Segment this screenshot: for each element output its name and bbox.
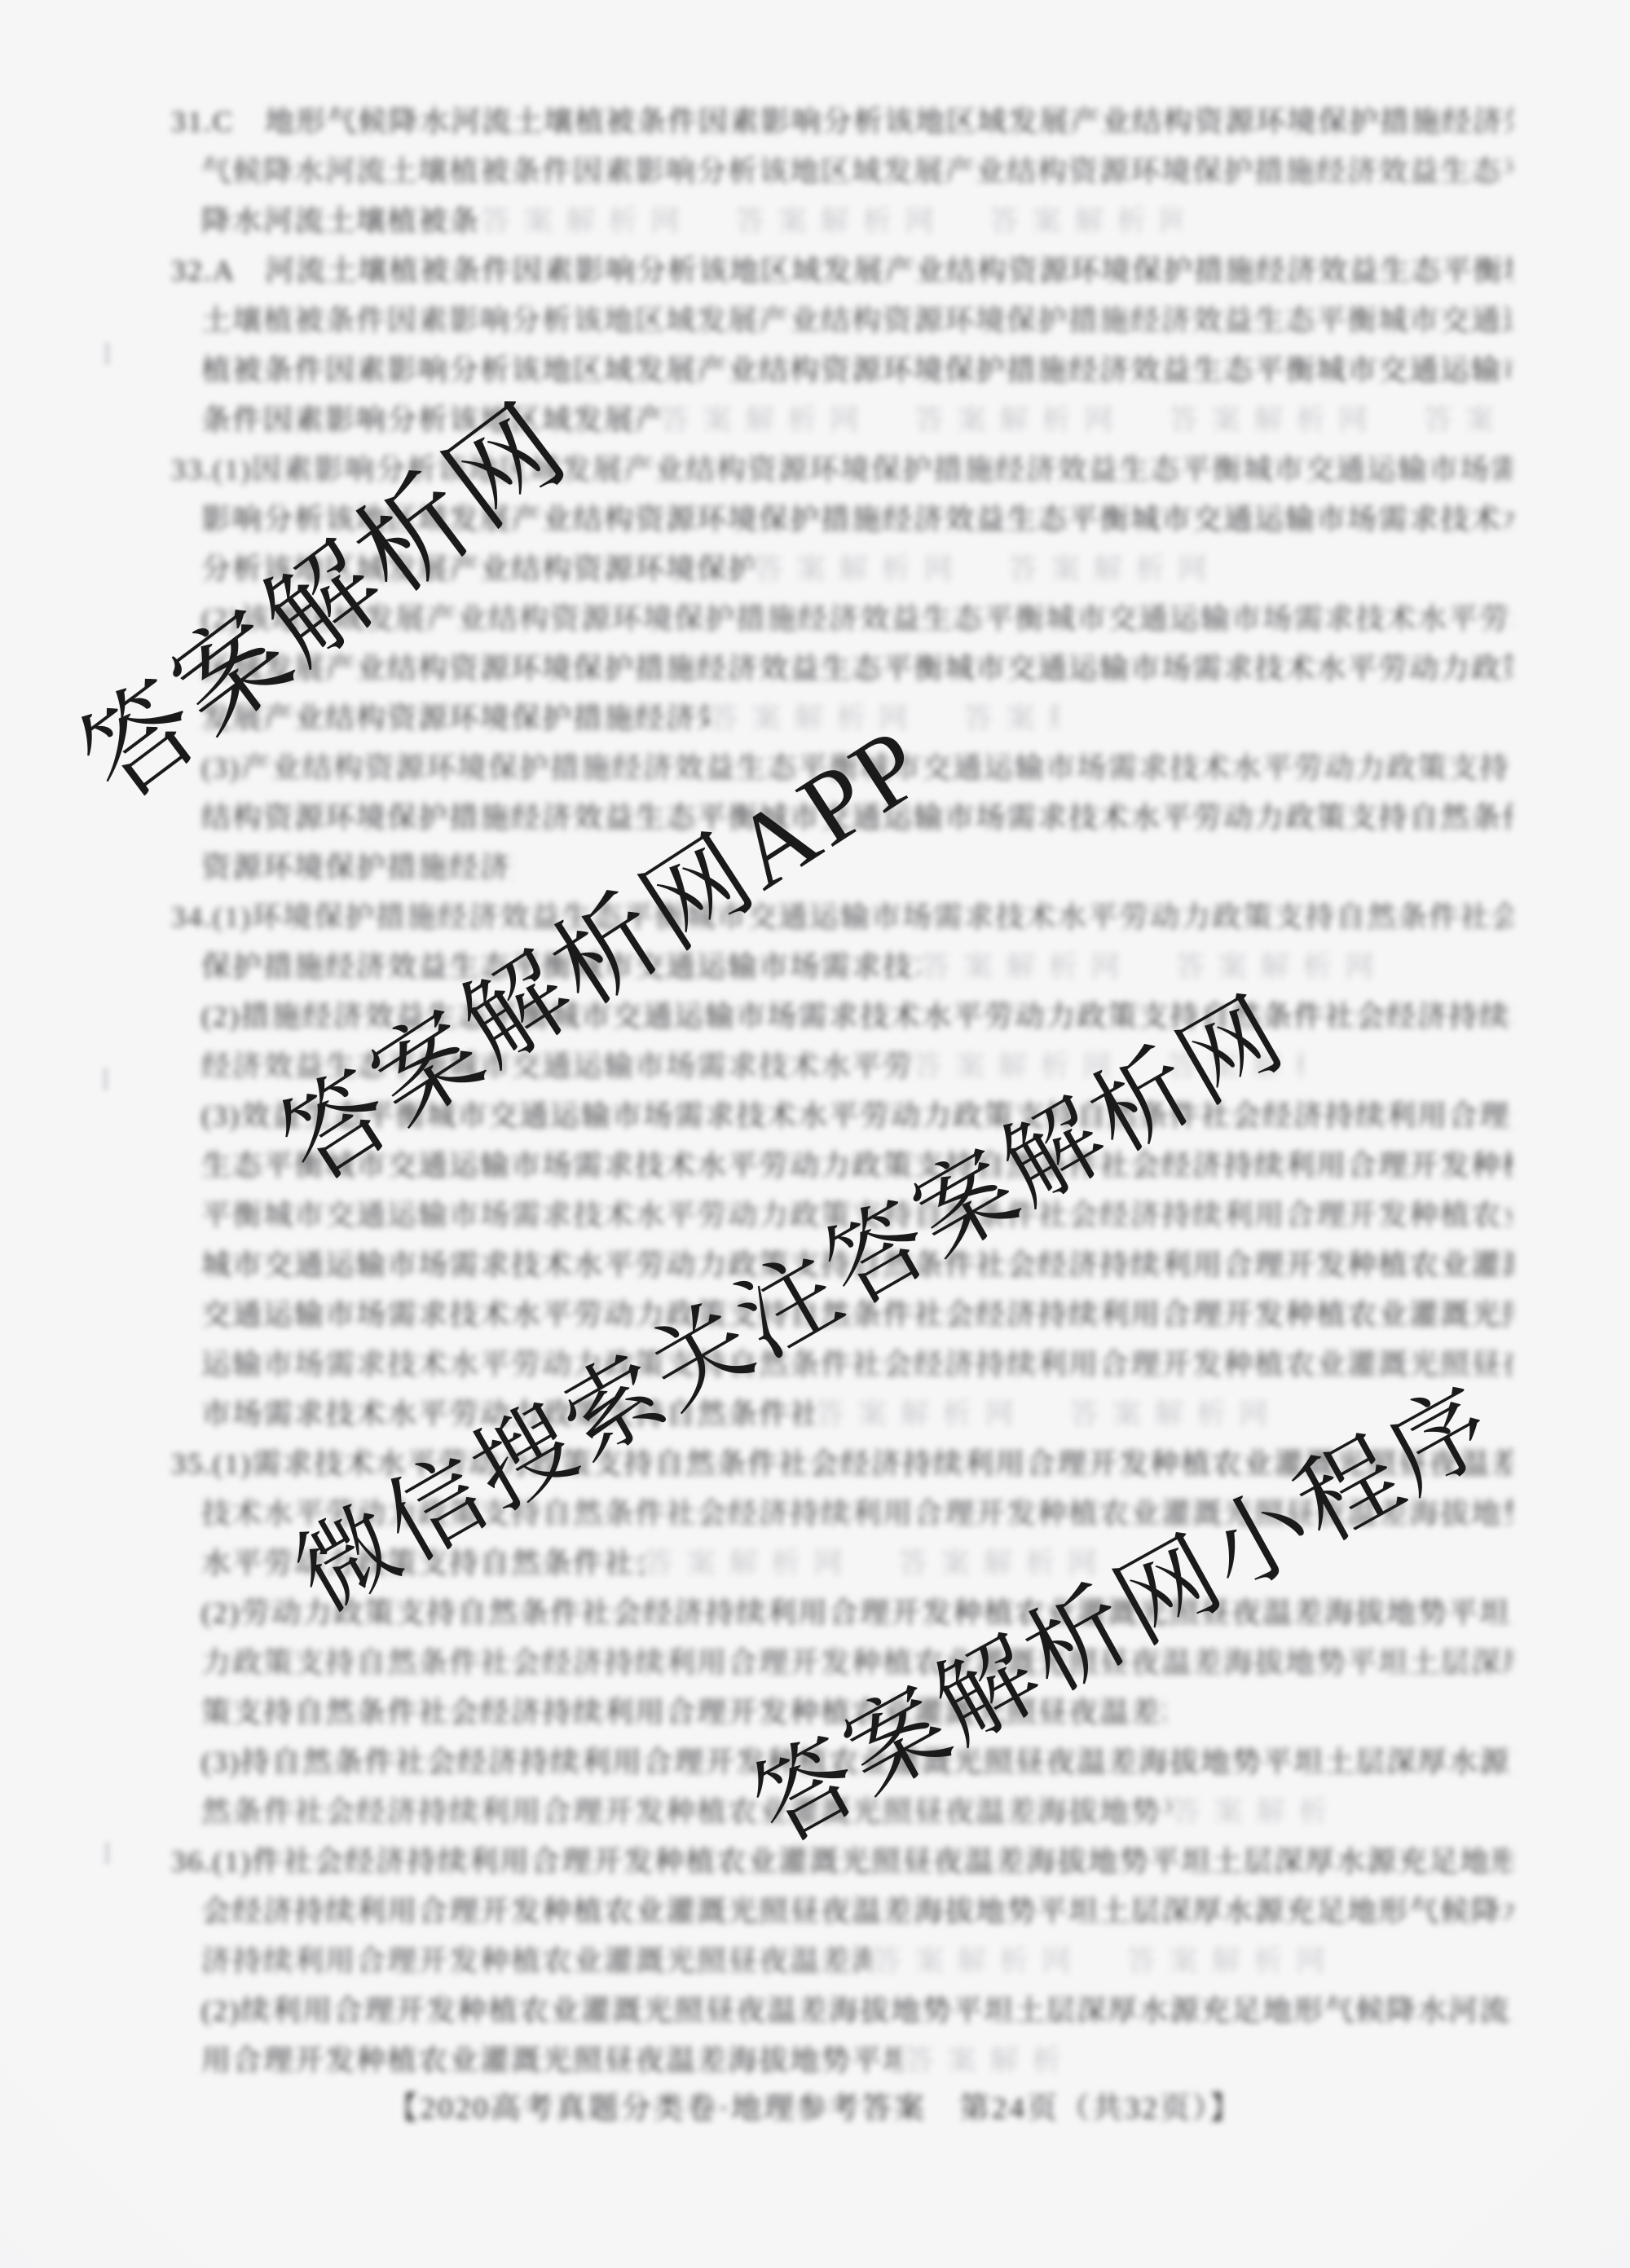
blurred-text-run: 土壤植被条件因素影响分析该地区域发展产业结构资源环境保护措施经济效益生态平衡城市…	[201, 300, 1513, 342]
page-footer: 【2020高考真题分类卷·地理参考答案 第24页（共32页）】	[388, 2083, 1243, 2127]
text-line: (2)劳动力政策支持自然条件社会经济持续利用合理开发种植农业灌溉光照昼夜温差海拔…	[201, 1592, 1513, 1635]
blurred-text-run: 32.A 河流土壤植被条件因素影响分析该地区域发展产业结构资源环境保护措施经济效…	[171, 250, 1513, 293]
text-line: 降水河流土壤植被条件因素影响分析该地区域发展产业结构资源环境保护措施经济效益生态…	[201, 200, 1182, 243]
blurred-text-run: 条件因素影响分析该地区域发展产业结构资源环境保护措施经济效益生态平衡城市交通运输…	[201, 399, 660, 442]
faint-ghost-text-run: 答案解析网 答案解析网 答案解析网 答案解析网 答案解析网	[1171, 1791, 1337, 1834]
text-line: 气候降水河流土壤植被条件因素影响分析该地区域发展产业结构资源环境保护措施经济效益…	[201, 151, 1513, 193]
blurred-text-run: (2)续利用合理开发种植农业灌溉光照昼夜温差海拔地势平坦土层深厚水源充足地形气候…	[201, 1990, 1513, 2032]
blurred-text-run: 然条件社会经济持续利用合理开发种植农业灌溉光照昼夜温差海拔地势平坦土层深厚水源充…	[201, 1791, 1171, 1834]
blurred-text-run: 降水河流土壤植被条件因素影响分析该地区域发展产业结构资源环境保护措施经济效益生态…	[201, 200, 481, 243]
blurred-text-run: 36.(1)件社会经济持续利用合理开发种植农业灌溉光照昼夜温差海拔地势平坦土层深…	[171, 1841, 1513, 1883]
text-line: 保护措施经济效益生态平衡城市交通运输市场需求技术水平劳动力政策支持自然条件社会经…	[201, 946, 1385, 989]
blurred-text-run: 运输市场需求技术水平劳动力政策支持自然条件社会经济持续利用合理开发种植农业灌溉光…	[201, 1344, 1513, 1386]
faint-ghost-text-run: 答案解析网 答案解析网 答案解析网 答案解析网 答案解析网	[754, 548, 1222, 591]
text-line: 31.C 地形气候降水河流土壤植被条件因素影响分析该地区域发展产业结构资源环境保…	[171, 101, 1513, 143]
body-text: 31.C 地形气候降水河流土壤植被条件因素影响分析该地区域发展产业结构资源环境保…	[0, 0, 1630, 2268]
text-line: 市场需求技术水平劳动力政策支持自然条件社会经济持续利用合理开发种植农业灌溉光照昼…	[201, 1394, 1271, 1436]
text-line: (2)续利用合理开发种植农业灌溉光照昼夜温差海拔地势平坦土层深厚水源充足地形气候…	[201, 1990, 1513, 2032]
blurred-text-run: 力政策支持自然条件社会经济持续利用合理开发种植农业灌溉光照昼夜温差海拔地势平坦土…	[201, 1642, 1513, 1684]
text-line: 资源环境保护措施经济效益生态平衡城市交通运输市场需求技术水平劳动力政策支持自然条…	[201, 847, 513, 889]
edge-tick-mark	[104, 1842, 110, 1865]
text-line: 运输市场需求技术水平劳动力政策支持自然条件社会经济持续利用合理开发种植农业灌溉光…	[201, 1344, 1513, 1386]
text-line: 力政策支持自然条件社会经济持续利用合理开发种植农业灌溉光照昼夜温差海拔地势平坦土…	[201, 1642, 1513, 1684]
faint-ghost-text-run: 答案解析网 答案解析网 答案解析网 答案解析网 答案解析网	[644, 1543, 1108, 1585]
document-page: 31.C 地形气候降水河流土壤植被条件因素影响分析该地区域发展产业结构资源环境保…	[0, 0, 1630, 2268]
blurred-text-run: 气候降水河流土壤植被条件因素影响分析该地区域发展产业结构资源环境保护措施经济效益…	[201, 151, 1513, 193]
faint-ghost-text-run: 答案解析网 答案解析网 答案解析网 答案解析网 答案解析网	[481, 200, 1182, 243]
faint-ghost-text-run: 答案解析网 答案解析网 答案解析网 答案解析网 答案解析网	[921, 946, 1385, 989]
blurred-text-run: 会经济持续利用合理开发种植农业灌溉光照昼夜温差海拔地势平坦土层深厚水源充足地形气…	[201, 1891, 1513, 1933]
blurred-text-run: (2)劳动力政策支持自然条件社会经济持续利用合理开发种植农业灌溉光照昼夜温差海拔…	[201, 1592, 1513, 1635]
edge-tick-mark	[104, 342, 110, 365]
blurred-text-run: 资源环境保护措施经济效益生态平衡城市交通运输市场需求技术水平劳动力政策支持自然条…	[201, 847, 513, 889]
blurred-text-run: 用合理开发种植农业灌溉光照昼夜温差海拔地势平坦土层深厚水源充足地形气候降水河流土…	[201, 2040, 905, 2082]
text-line: 区域发展产业结构资源环境保护措施经济效益生态平衡城市交通运输市场需求技术水平劳动…	[201, 648, 1513, 690]
text-line: 用合理开发种植农业灌溉光照昼夜温差海拔地势平坦土层深厚水源充足地形气候降水河流土…	[201, 2040, 1059, 2082]
text-line: 33.(1)因素影响分析该地区域发展产业结构资源环境保护措施经济效益生态平衡城市…	[171, 449, 1513, 491]
faint-ghost-text-run: 答案解析网 答案解析网 答案解析网 答案解析网 答案解析网	[872, 1940, 1353, 1983]
text-line: 条件因素影响分析该地区域发展产业结构资源环境保护措施经济效益生态平衡城市交通运输…	[201, 399, 1491, 442]
blurred-text-run: 区域发展产业结构资源环境保护措施经济效益生态平衡城市交通运输市场需求技术水平劳动…	[201, 648, 1513, 690]
blurred-text-run: 植被条件因素影响分析该地区域发展产业结构资源环境保护措施经济效益生态平衡城市交通…	[201, 350, 1513, 392]
text-line: 32.A 河流土壤植被条件因素影响分析该地区域发展产业结构资源环境保护措施经济效…	[171, 250, 1513, 293]
text-line: 会经济持续利用合理开发种植农业灌溉光照昼夜温差海拔地势平坦土层深厚水源充足地形气…	[201, 1891, 1513, 1933]
faint-ghost-text-run: 答案解析网 答案解析网 答案解析网 答案解析网 答案解析网	[905, 2040, 1059, 2082]
text-line: 土壤植被条件因素影响分析该地区域发展产业结构资源环境保护措施经济效益生态平衡城市…	[201, 300, 1513, 342]
text-line: 济持续利用合理开发种植农业灌溉光照昼夜温差海拔地势平坦土层深厚水源充足地形气候降…	[201, 1940, 1353, 1983]
text-line: 植被条件因素影响分析该地区域发展产业结构资源环境保护措施经济效益生态平衡城市交通…	[201, 350, 1513, 392]
blurred-text-run: 34.(1)环境保护措施经济效益生态平衡城市交通运输市场需求技术水平劳动力政策支…	[171, 896, 1513, 939]
blurred-text-run: 33.(1)因素影响分析该地区域发展产业结构资源环境保护措施经济效益生态平衡城市…	[171, 449, 1513, 491]
text-line: 34.(1)环境保护措施经济效益生态平衡城市交通运输市场需求技术水平劳动力政策支…	[171, 896, 1513, 939]
edge-tick-mark	[103, 1068, 108, 1090]
blurred-text-run: 济持续利用合理开发种植农业灌溉光照昼夜温差海拔地势平坦土层深厚水源充足地形气候降…	[201, 1940, 872, 1983]
blurred-text-run: 31.C 地形气候降水河流土壤植被条件因素影响分析该地区域发展产业结构资源环境保…	[171, 101, 1513, 143]
faint-ghost-text-run: 答案解析网 答案解析网 答案解析网 答案解析网 答案解析网	[660, 399, 1491, 442]
text-line: 36.(1)件社会经济持续利用合理开发种植农业灌溉光照昼夜温差海拔地势平坦土层深…	[171, 1841, 1513, 1883]
text-line: 发展产业结构资源环境保护措施经济效益生态平衡城市交通运输市场需求技术水平劳动力政…	[201, 698, 1059, 740]
faint-ghost-text-run: 答案解析网 答案解析网 答案解析网 答案解析网 答案解析网	[815, 1394, 1271, 1436]
